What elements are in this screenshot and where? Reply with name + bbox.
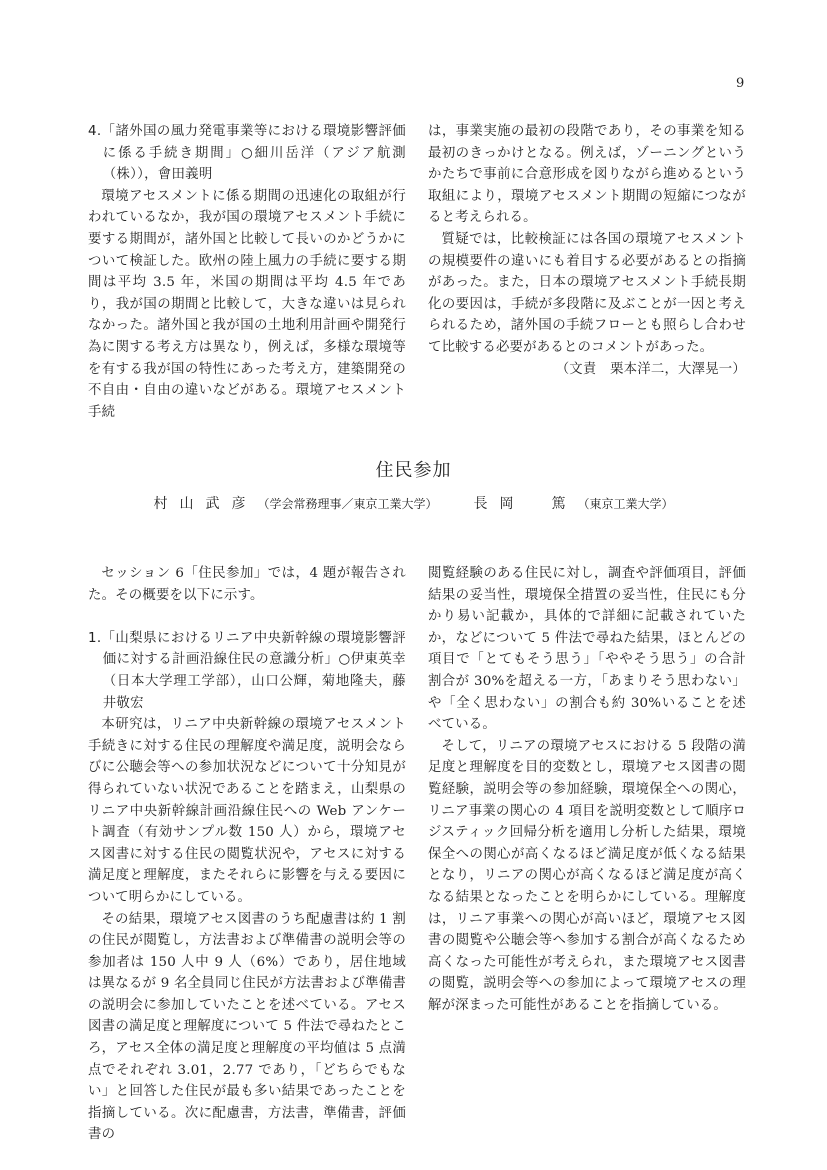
column-bottom-right: 閲覧経験のある住民に対し，調査や評価項目，評価結果の妥当性，環境保全措置の妥当性… <box>428 563 746 1016</box>
item-4-body-part2: は，事業実施の最初の段階であり，その事業を知る最初のきっかけとなる。例えば，ゾー… <box>428 121 746 229</box>
author-2-name: 長岡 篤 <box>474 496 578 512</box>
item-1-heading: 1.「山梨県におけるリニア中央新幹線の環境影響評価に対する計画沿線住民の意識分析… <box>88 628 406 714</box>
column-top-left: 4.「諸外国の風力発電事業等における環境影響評価に係る手続き期間」○細川岳洋（ア… <box>88 121 406 423</box>
item-1-paragraph-3: そして，リニアの環境アセスにおける 5 段階の満足度と理解度を目的変数とし，環境… <box>428 736 746 1017</box>
item-1-paragraph-2-part2: 閲覧経験のある住民に対し，調査や評価項目，評価結果の妥当性，環境保全措置の妥当性… <box>428 563 746 736</box>
author-1-affiliation: （学会常務理事／東京工業大学） <box>257 497 437 511</box>
page-number: 9 <box>736 76 744 91</box>
item-4-credit: （文責 栗本洋二，大澤晃一） <box>428 359 746 381</box>
item-4-body-part1: 環境アセスメントに係る期間の迅速化の取組が行われているなか，我が国の環境アセスメ… <box>88 186 406 424</box>
column-top-right: は，事業実施の最初の段階であり，その事業を知る最初のきっかけとなる。例えば，ゾー… <box>428 121 746 380</box>
author-2-affiliation: （東京工業大学） <box>578 497 674 511</box>
item-4-qa: 質疑では，比較検証には各国の環境アセスメントの規模要件の違いにも着目する必要があ… <box>428 229 746 359</box>
item-4-heading: 4.「諸外国の風力発電事業等における環境影響評価に係る手続き期間」○細川岳洋（ア… <box>88 121 406 186</box>
section-title: 住民参加 <box>0 456 827 482</box>
item-1-paragraph-2-part1: その結果，環境アセス図書のうち配慮書は約 1 割の住民が閲覧し，方法書および準備… <box>88 909 406 1147</box>
author-1-name: 村山武彦 <box>153 496 257 512</box>
column-bottom-left: セッション 6「住民参加」では，4 題が報告された。その概要を以下に示す。 1.… <box>88 563 406 1146</box>
section-authors: 村山武彦（学会常務理事／東京工業大学）長岡 篤（東京工業大学） <box>0 493 827 513</box>
section-intro: セッション 6「住民参加」では，4 題が報告された。その概要を以下に示す。 <box>88 563 406 606</box>
item-1-paragraph-1: 本研究は，リニア中央新幹線の環境アセスメント手続きに対する住民の理解度や満足度，… <box>88 714 406 908</box>
